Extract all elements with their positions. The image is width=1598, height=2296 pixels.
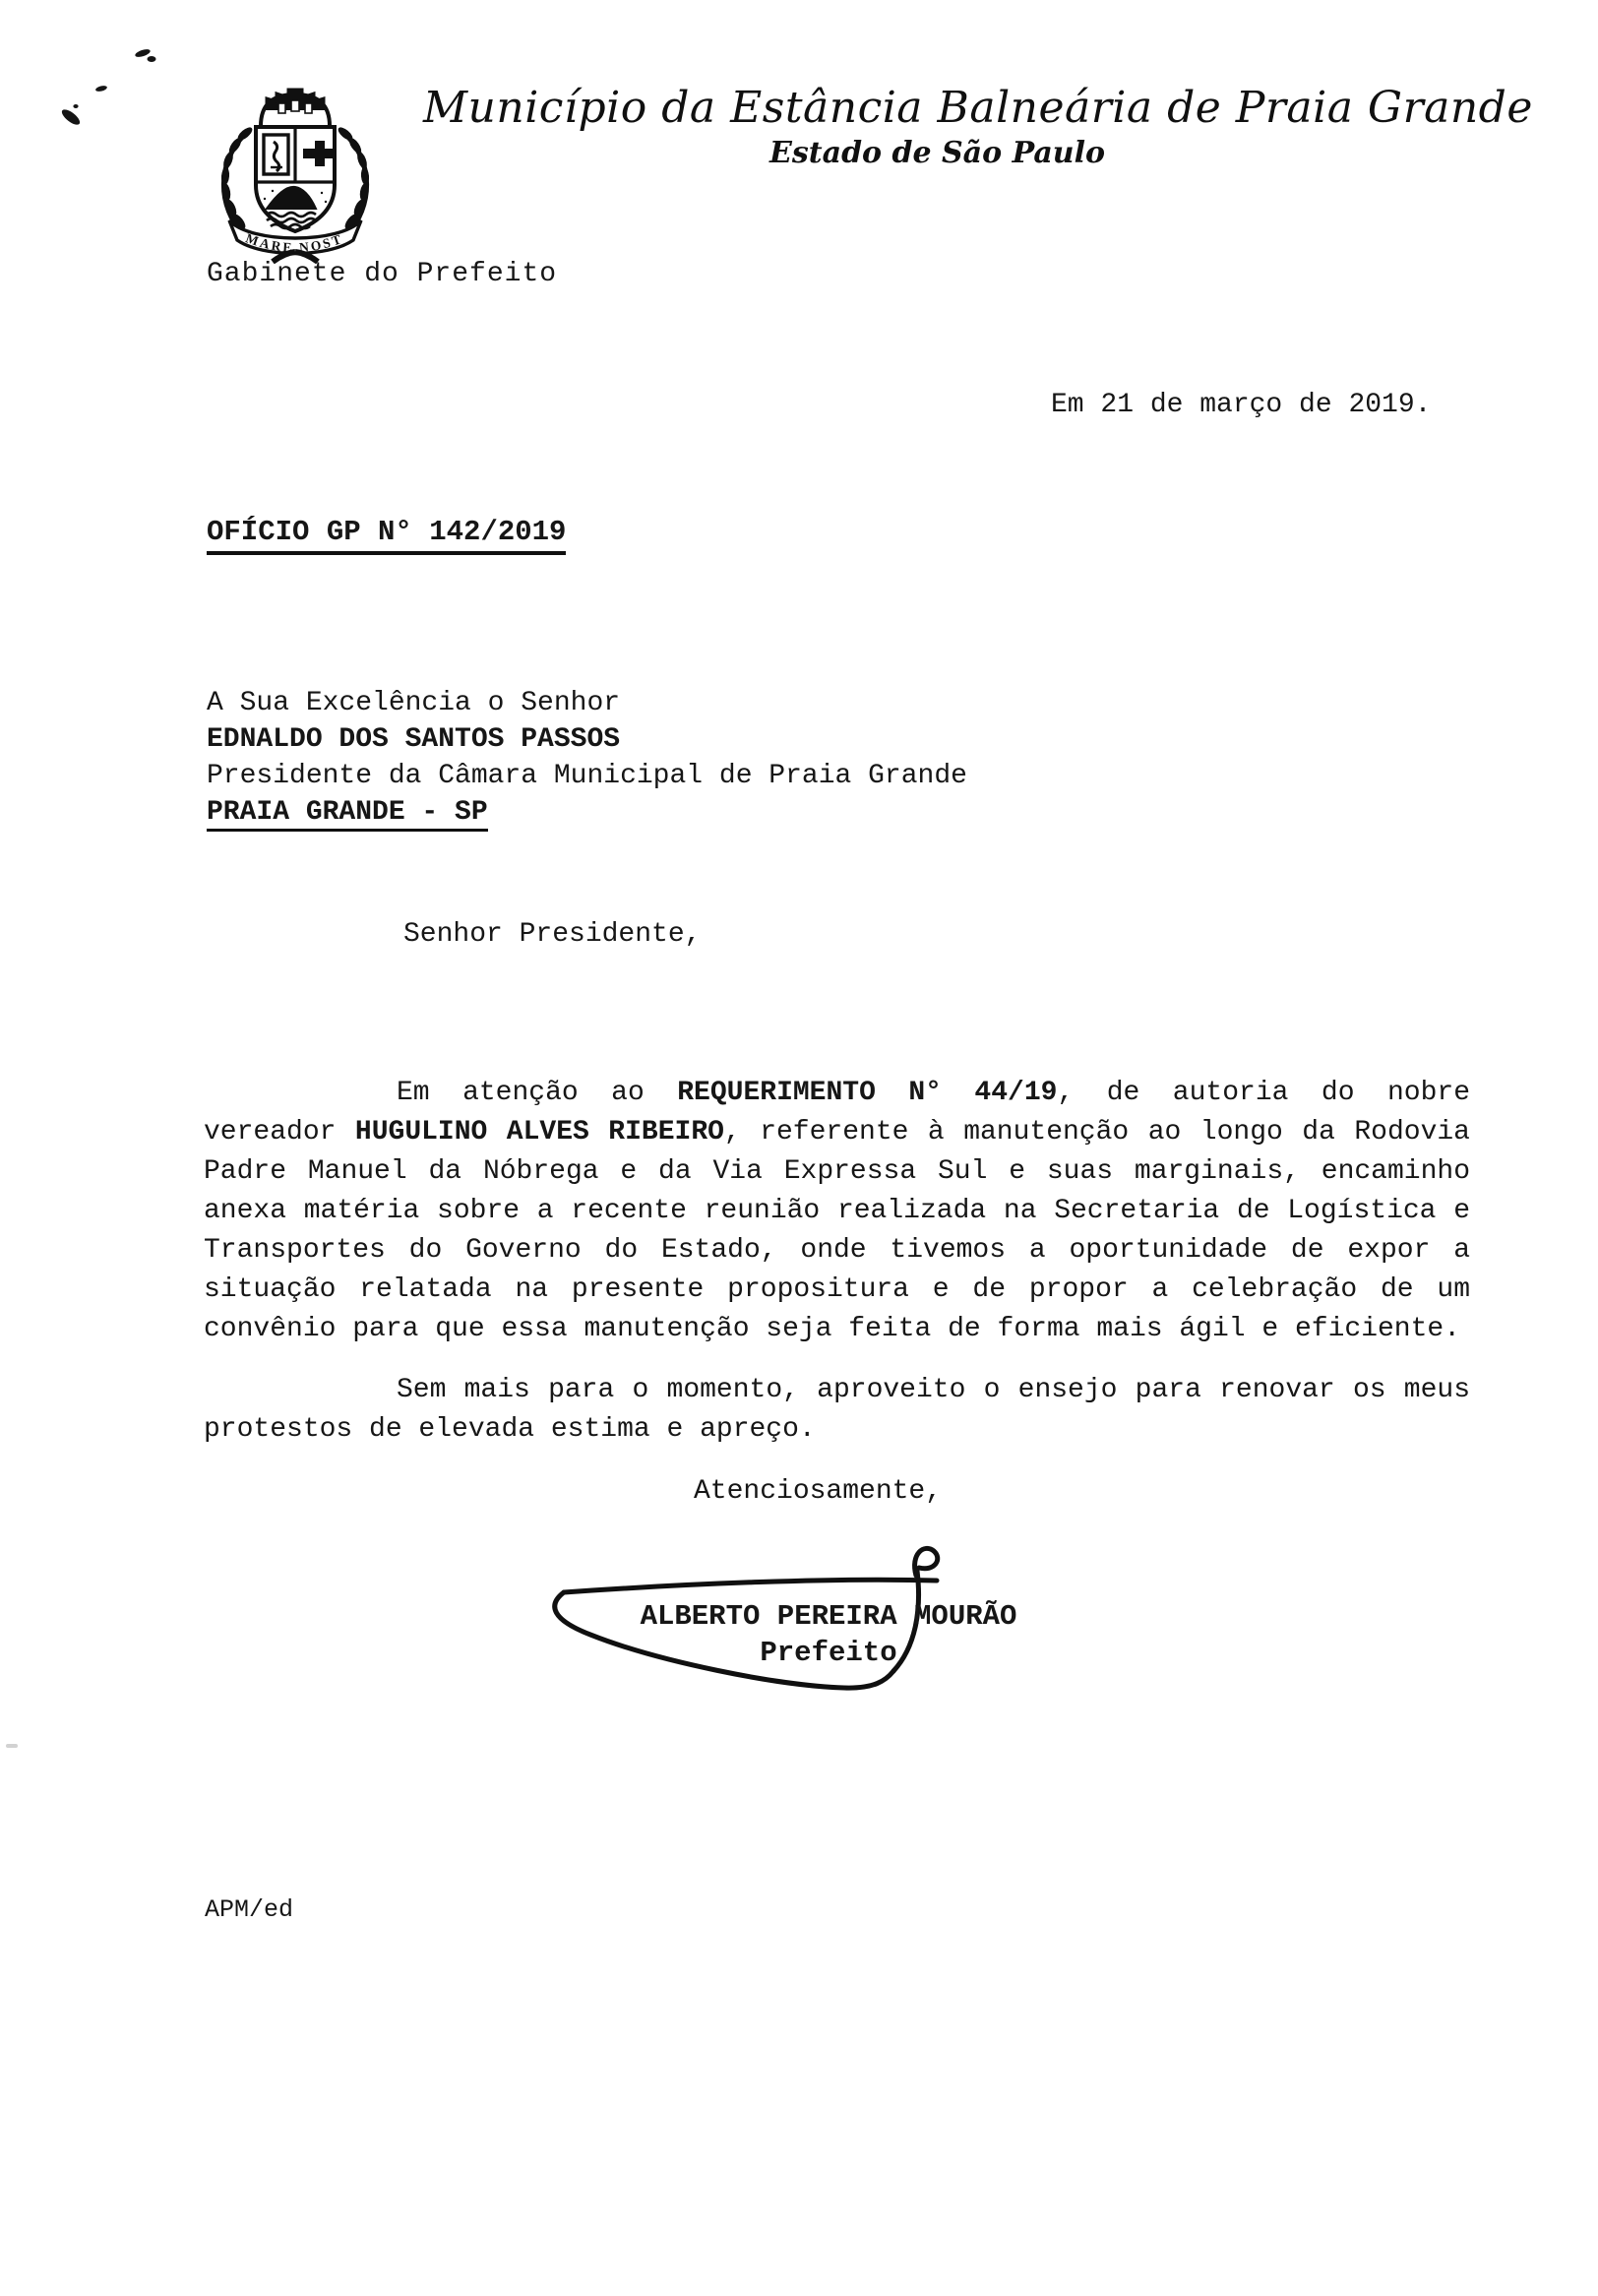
date-line: Em 21 de março de 2019. (1051, 390, 1431, 420)
coat-of-arms-emblem: MARE NOSTRUM (202, 71, 389, 264)
body-paragraph: Em atenção ao REQUERIMENTO N° 44/19, de … (204, 1074, 1470, 1349)
letterhead: Município da Estância Balneária de Praia… (423, 83, 1451, 170)
typist-initials: APM/ed (205, 1895, 293, 1924)
signer-name: ALBERTO PEREIRA MOURÃO (632, 1600, 1025, 1633)
municipality-title: Município da Estância Balneária de Praia… (423, 83, 1451, 133)
greeting: Senhor Presidente, (403, 919, 701, 950)
ink-smudge-marks (54, 37, 202, 136)
body-paragraphs: Em atenção ao REQUERIMENTO N° 44/19, de … (204, 1074, 1470, 1450)
addressee-title: Presidente da Câmara Municipal de Praia … (207, 758, 967, 794)
state-subtitle: Estado de São Paulo (423, 136, 1451, 170)
addressee-name: EDNALDO DOS SANTOS PASSOS (207, 721, 967, 758)
department-label: Gabinete do Prefeito (207, 259, 557, 289)
scan-artifact (6, 1744, 18, 1748)
body-paragraph: Sem mais para o momento, aproveito o ens… (204, 1371, 1470, 1450)
addressee-salutation: A Sua Excelência o Senhor (207, 685, 967, 721)
oficio-reference: OFÍCIO GP N° 142/2019 (207, 516, 566, 548)
addressee-block: A Sua Excelência o Senhor EDNALDO DOS SA… (207, 685, 967, 831)
addressee-city: PRAIA GRANDE - SP (207, 794, 967, 831)
closing: Atenciosamente, (694, 1476, 942, 1507)
signer-title: Prefeito (632, 1637, 1025, 1669)
